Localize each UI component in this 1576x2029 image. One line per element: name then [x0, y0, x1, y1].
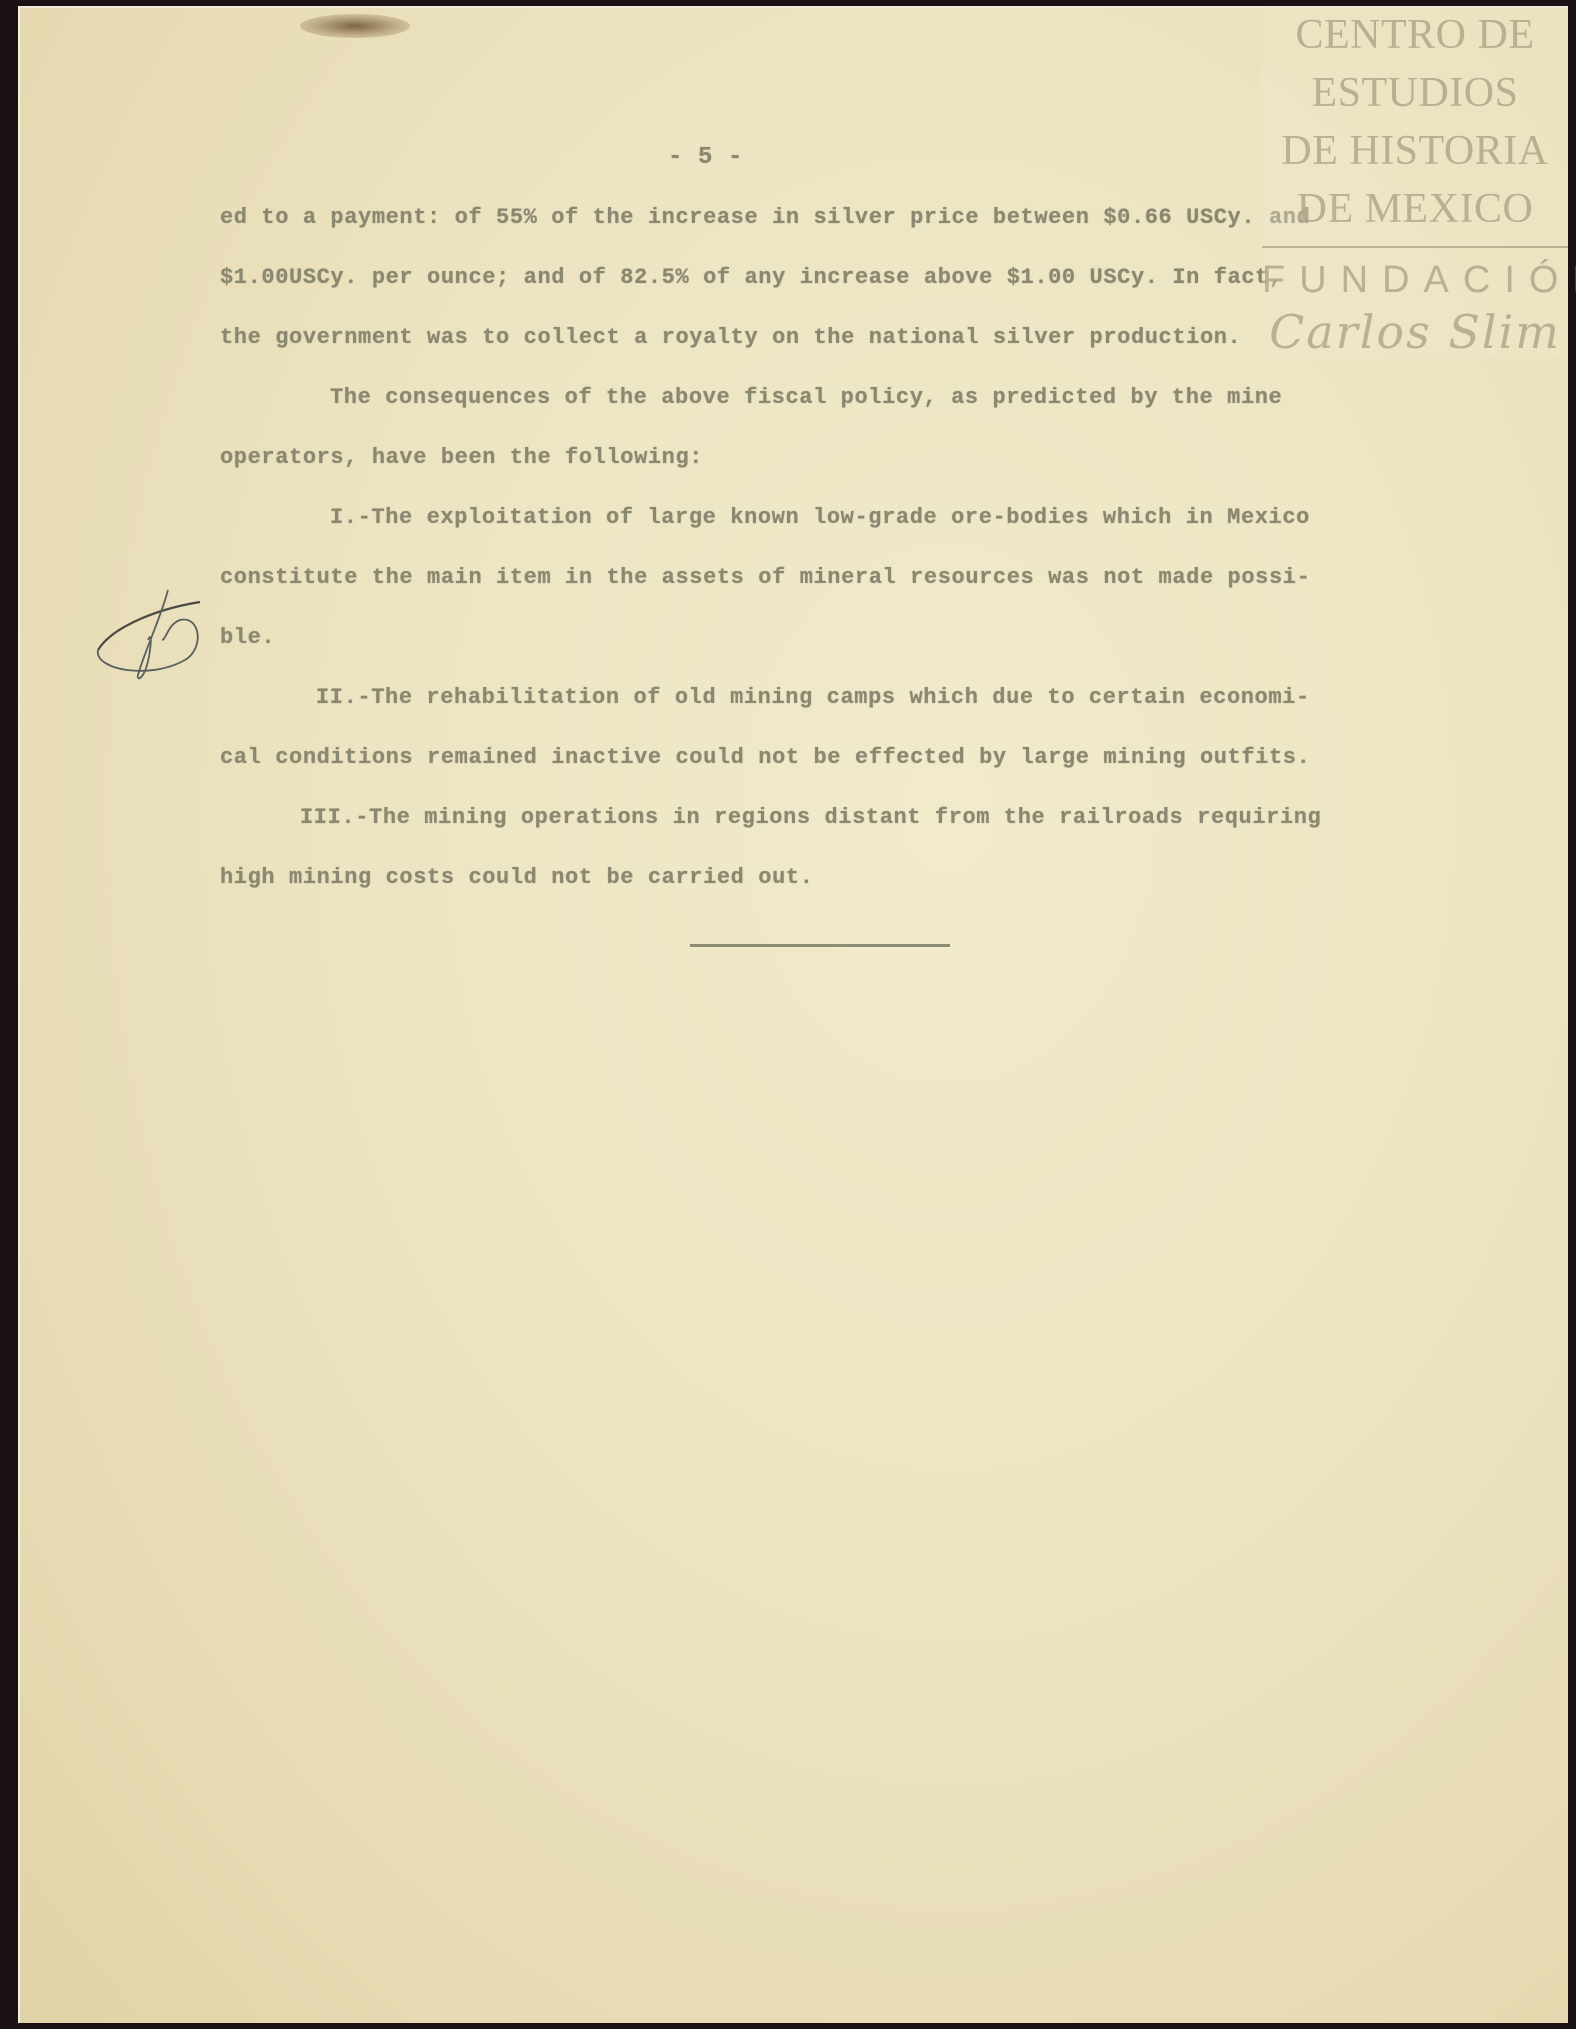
text-line-3: the government was to collect a royalty … — [220, 325, 1241, 350]
page-number: - 5 - — [668, 144, 743, 171]
text-line-1: ed to a payment: of 55% of the increase … — [220, 205, 1310, 230]
list-item-2-line-1: II.-The rehabilitation of old mining cam… — [316, 685, 1310, 710]
list-item-3-line-1: III.-The mining operations in regions di… — [300, 805, 1321, 830]
list-item-1-line-1: I.-The exploitation of large known low-g… — [330, 505, 1310, 530]
watermark-line-3: DE HISTORIA — [1262, 122, 1568, 180]
list-item-2-line-2: cal conditions remained inactive could n… — [220, 745, 1310, 770]
watermark-line-4: DE MEXICO — [1262, 180, 1568, 238]
handwritten-initials-icon — [90, 580, 210, 690]
list-item-1-line-2: constitute the main item in the assets o… — [220, 565, 1310, 590]
end-rule-divider — [690, 944, 950, 947]
watermark-line-2: ESTUDIOS — [1262, 64, 1568, 122]
watermark-divider — [1262, 246, 1568, 248]
text-line-5: operators, have been the following: — [220, 445, 703, 470]
text-line-4: The consequences of the above fiscal pol… — [330, 385, 1282, 410]
watermark-signature: Carlos Slim — [1262, 306, 1568, 358]
list-item-3-line-2: high mining costs could not be carried o… — [220, 865, 814, 890]
watermark-foundation: FUNDACIÓN — [1262, 254, 1568, 306]
list-item-1-line-3: ble. — [220, 625, 275, 650]
paper-stain — [300, 14, 410, 38]
watermark-line-1: CENTRO DE — [1262, 6, 1568, 64]
text-line-2: $1.00USCy. per ounce; and of 82.5% of an… — [220, 265, 1283, 290]
archive-watermark: CENTRO DE ESTUDIOS DE HISTORIA DE MEXICO… — [1262, 6, 1568, 358]
